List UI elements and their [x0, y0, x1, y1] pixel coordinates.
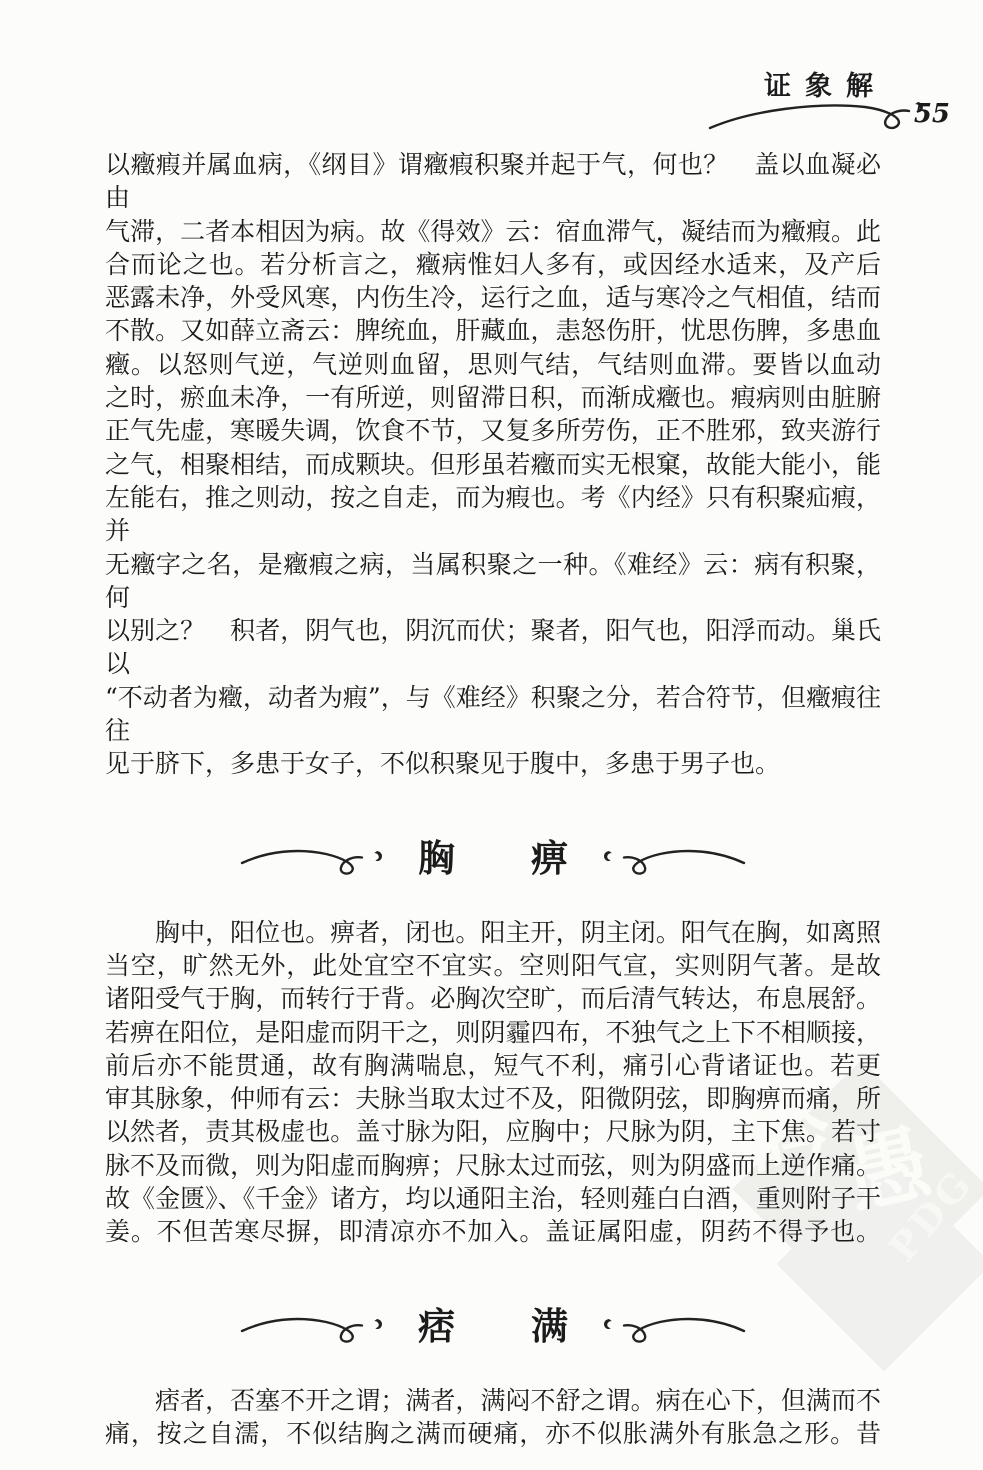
scanned-book-page: 吟 愚 PDG 证象解 55 以癥瘕并属血病，《纲目》谓癥瘕积聚并起于气，何也？…: [0, 0, 983, 1470]
section-heading: 痞 满: [105, 1295, 881, 1359]
flourish-left-icon: [240, 841, 390, 877]
section-title-char: 痹: [531, 840, 568, 877]
section-title-char: 满: [531, 1308, 568, 1345]
text-line: 不散。又如薛立斋云：脾统血，肝藏血，恚怒伤肝，忧思伤脾，多患血: [105, 314, 881, 347]
text-line: 恶露未净，外受风寒，内伤生冷，运行之血，适与寒冷之气相值，结而: [105, 281, 881, 314]
text-line: 胸中，阳位也。痹者，闭也。阳主开，阴主闭。阳气在胸，如离照: [105, 916, 881, 949]
text-line: 左能右，推之则动，按之自走，而为瘕也。考《内经》只有积聚疝瘕，并: [105, 481, 881, 548]
text-line: 姜。不但苦寒尽摒，即清凉亦不加入。盖证属阳虚，阴药不得予也。: [105, 1215, 881, 1248]
text-line: 前后亦不能贯通，故有胸满喘息，短气不利，痛引心背诸证也。若更: [105, 1049, 881, 1082]
paragraph: 痞者，否塞不开之谓；满者，满闷不舒之谓。病在心下，但满而不痛，按之自濡，不似结胸…: [105, 1384, 881, 1451]
body-text: 以癥瘕并属血病，《纲目》谓癥瘕积聚并起于气，何也？ 盖以血凝必由气滞，二者本相因…: [0, 0, 983, 1450]
text-line: 诸阳受气于胸，而转行于背。必胸次空旷，而后清气转达，布息展舒。: [105, 982, 881, 1015]
text-line: 气滞，二者本相因为病。故《得效》云：宿血滞气，凝结而为癥瘕。此: [105, 215, 881, 248]
text-line: 癥。以怒则气逆，气逆则血留，思则气结，气结则血滞。要皆以血动: [105, 348, 881, 381]
flourish-right-icon: [596, 841, 746, 877]
section-heading: 胸 痹: [105, 827, 881, 891]
text-line: 之时，瘀血未净，一有所逆，则留滞日积，而渐成癥也。瘕病则由脏腑: [105, 381, 881, 414]
text-line: 以别之？ 积者，阴气也，阴沉而伏；聚者，阳气也，阳浮而动。巢氏以: [105, 614, 881, 681]
text-line: 痛，按之自濡，不似结胸之满而硬痛，亦不似胀满外有胀急之形。昔: [105, 1417, 881, 1450]
text-line: 若痹在阳位，是阳虚而阴干之，则阴霾四布，不独气之上下不相顺接，: [105, 1016, 881, 1049]
text-line: 之气，相聚相结，而成颗块。但形虽若癥而实无根窠，故能大能小，能: [105, 448, 881, 481]
text-line: 当空，旷然无外，此处宜空不宜实。空则阳气宣，实则阴气著。是故: [105, 949, 881, 982]
text-line: 以癥瘕并属血病，《纲目》谓癥瘕积聚并起于气，何也？ 盖以血凝必由: [105, 148, 881, 215]
paragraph: 以癥瘕并属血病，《纲目》谓癥瘕积聚并起于气，何也？ 盖以血凝必由气滞，二者本相因…: [105, 148, 881, 781]
flourish-left-icon: [240, 1309, 390, 1345]
text-line: 合而论之也。若分析言之，癥病惟妇人多有，或因经水适来，及产后: [105, 248, 881, 281]
text-line: 脉不及而微，则为阳虚而胸痹；尺脉太过而弦，则为阴盛而上逆作痛。: [105, 1149, 881, 1182]
text-line: 正气先虚，寒暖失调，饮食不节，又复多所劳伤，正不胜邪，致夹游行: [105, 414, 881, 447]
text-line: 故《金匮》、《千金》诸方，均以通阳主治，轻则薤白白酒，重则附子干: [105, 1182, 881, 1215]
page-number: 55: [914, 99, 950, 129]
flourish-right-icon: [596, 1309, 746, 1345]
text-line: 无癥字之名，是癥瘕之病，当属积聚之一种。《难经》云：病有积聚，何: [105, 548, 881, 615]
text-line: 以然者，责其极虚也。盖寸脉为阳，应胸中；尺脉为阴，主下焦。若寸: [105, 1115, 881, 1148]
header-flourish-icon: [707, 94, 927, 138]
text-line: 审其脉象，仲师有云：夫脉当取太过不及，阳微阴弦，即胸痹而痛，所: [105, 1082, 881, 1115]
section-title-char: 胸: [418, 840, 455, 877]
paragraph: 胸中，阳位也。痹者，闭也。阳主开，阴主闭。阳气在胸，如离照当空，旷然无外，此处宜…: [105, 916, 881, 1249]
text-line: 见于脐下，多患于女子，不似积聚见于腹中，多患于男子也。: [105, 747, 881, 780]
text-line: 痞者，否塞不开之谓；满者，满闷不舒之谓。病在心下，但满而不: [105, 1384, 881, 1417]
text-line: “不动者为癥，动者为瘕”，与《难经》积聚之分，若合符节，但癥瘕往往: [105, 681, 881, 748]
section-title-char: 痞: [418, 1308, 455, 1345]
